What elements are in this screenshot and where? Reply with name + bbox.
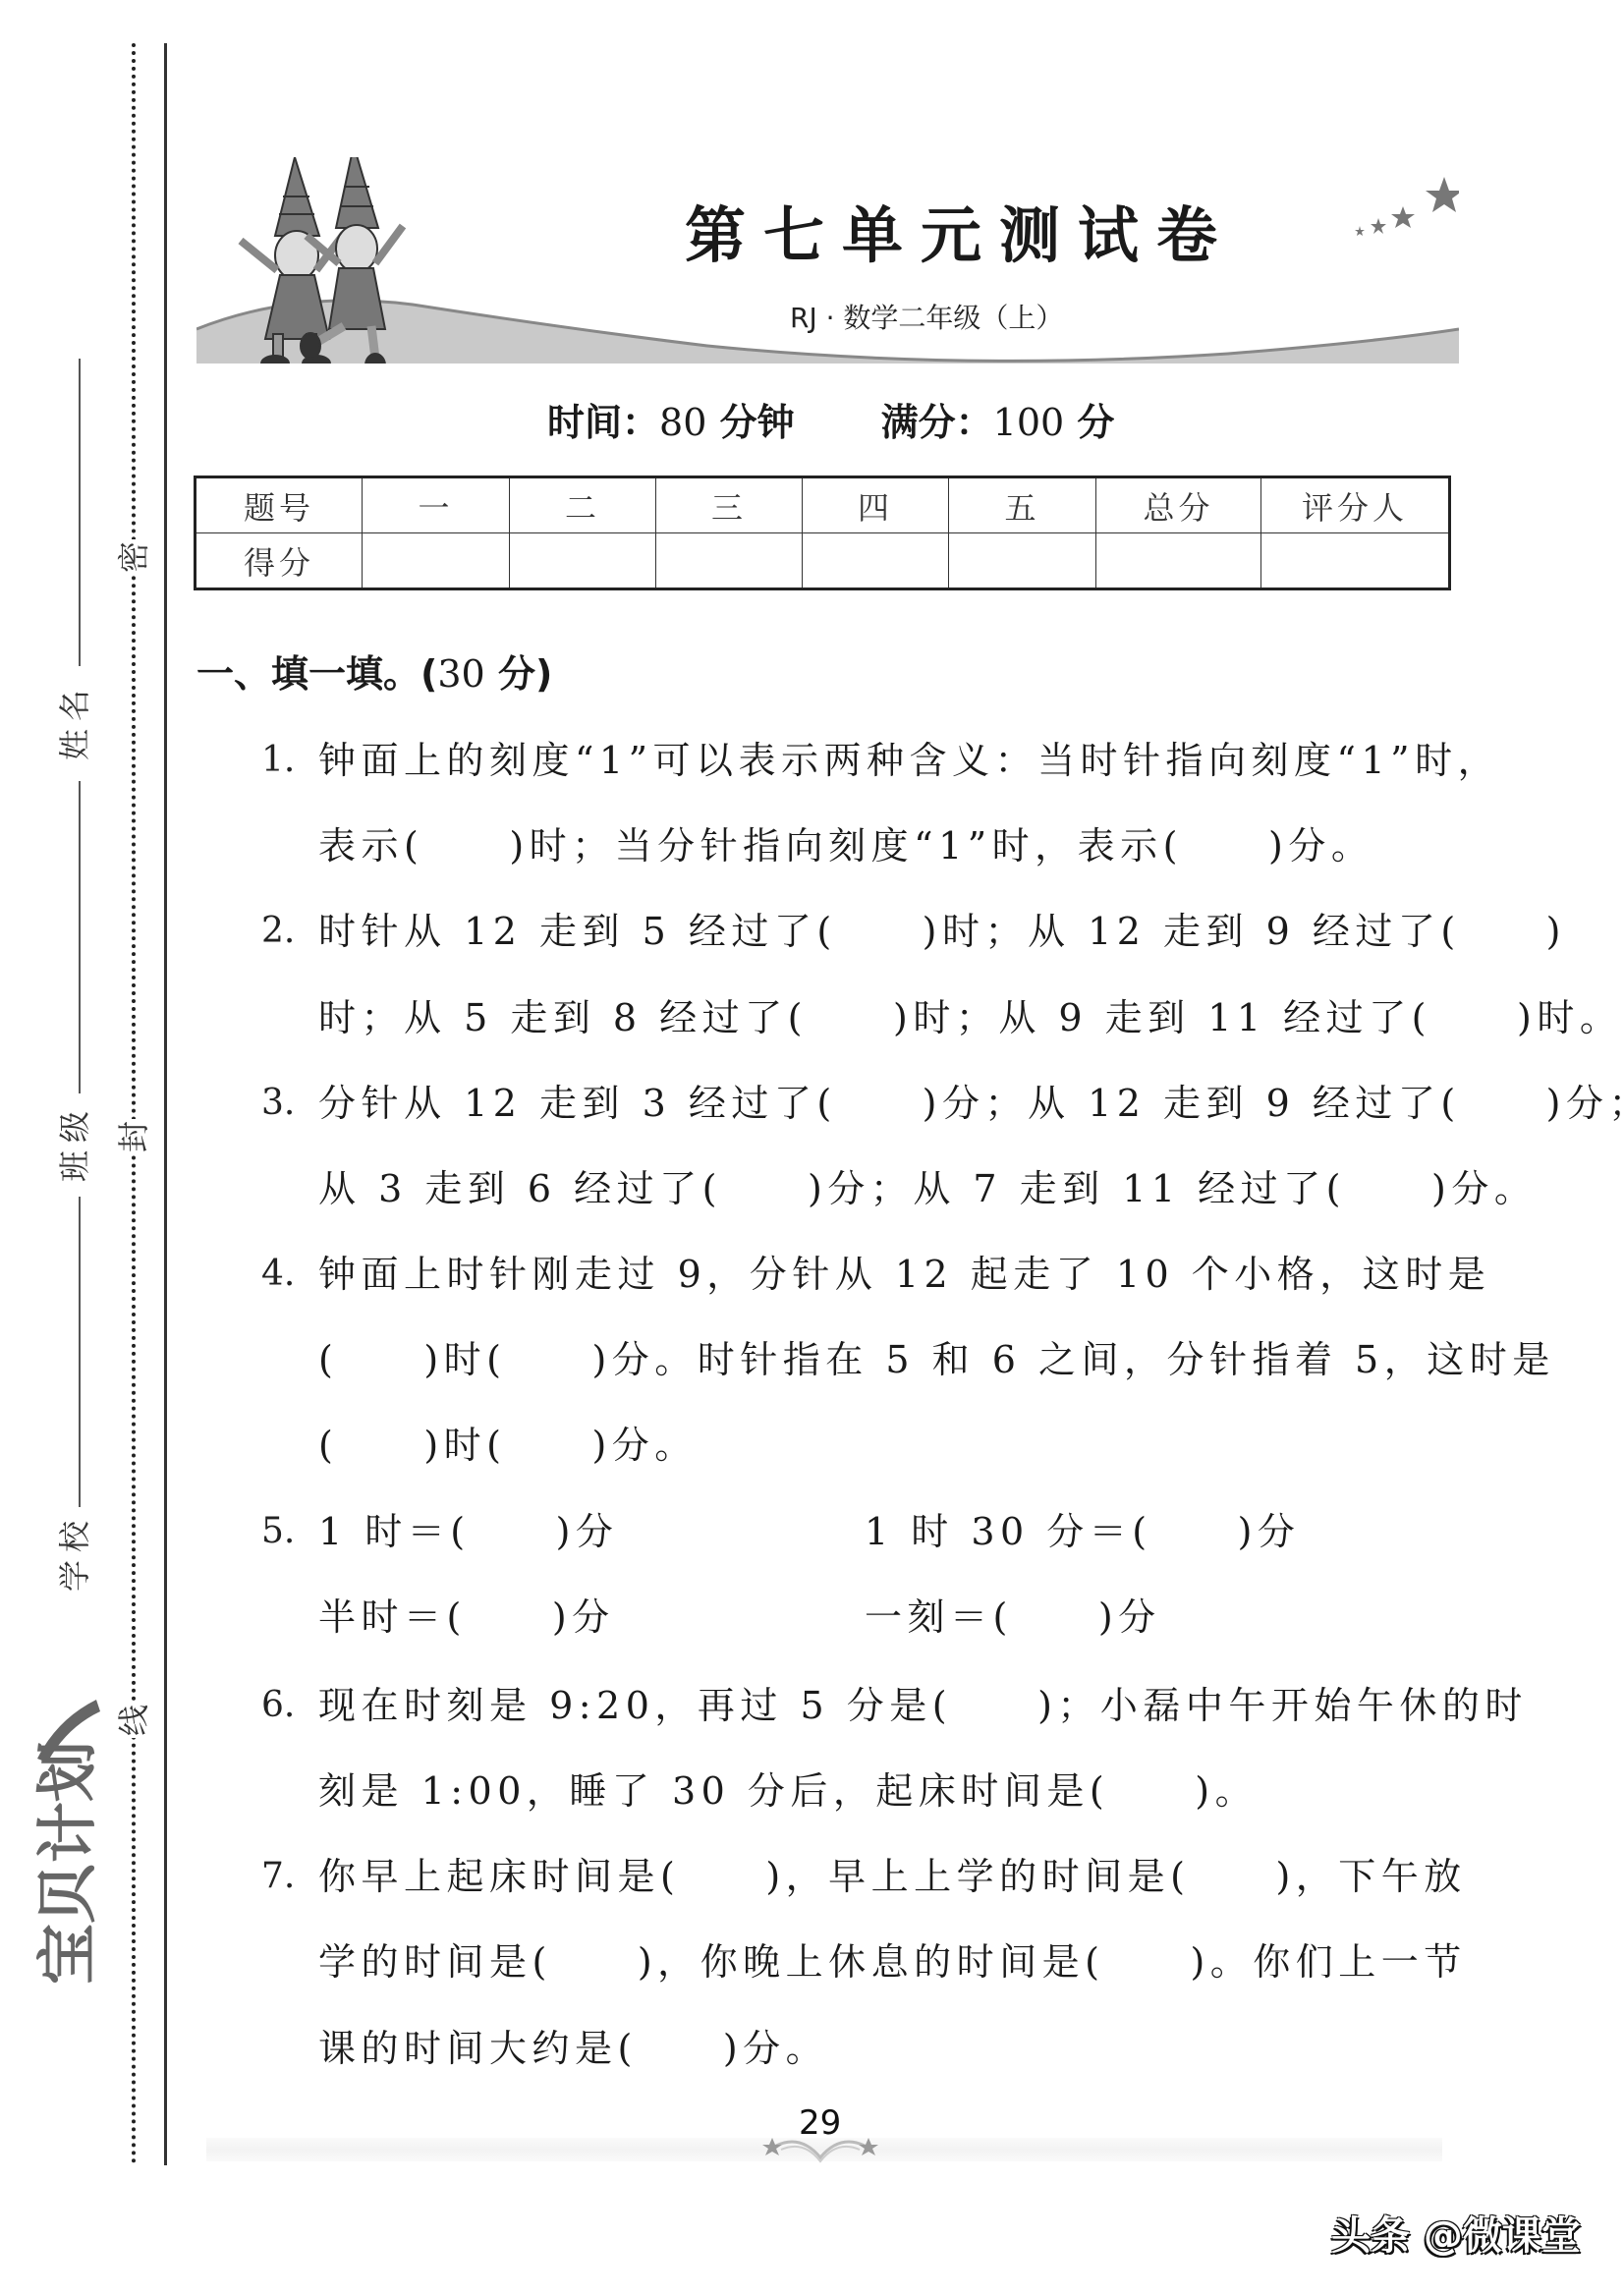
table-cell: 评分人 <box>1261 477 1450 533</box>
question-text: 分针从 12 走到 3 经过了( )分；从 12 走到 9 经过了( )分； <box>318 1078 1624 1129</box>
score-input-cell[interactable] <box>803 533 949 589</box>
question-text: 半时＝( )分 <box>318 1592 615 1643</box>
question-number: 6. <box>261 1680 295 1731</box>
score-input-cell[interactable] <box>510 533 656 589</box>
section-heading: 一、填一填。(30 分) <box>196 648 552 700</box>
name-field-label: 姓名 <box>55 682 94 760</box>
question-number: 7. <box>261 1851 295 1902</box>
class-field-line[interactable] <box>79 781 81 1093</box>
seal-char-mi: 密 <box>112 539 155 575</box>
time-unit: 分钟 <box>720 401 795 444</box>
name-field-line[interactable] <box>79 359 81 666</box>
table-cell: 四 <box>803 477 949 533</box>
question-text: 时针从 12 走到 5 经过了( )时；从 12 走到 9 经过了( ) <box>318 906 1566 957</box>
question-text: 从 3 走到 6 经过了( )分；从 7 走到 11 经过了( )分。 <box>318 1163 1537 1214</box>
school-field-line[interactable] <box>79 1197 81 1507</box>
score-input-cell[interactable] <box>363 533 510 589</box>
question-text: 刻是 1:00，睡了 30 分后，起床时间是( )。 <box>318 1765 1258 1817</box>
logo-text: 宝贝计划 <box>31 1741 103 1985</box>
table-cell: 题号 <box>196 477 363 533</box>
question-text: 1 时＝( )分 <box>318 1506 618 1557</box>
score-unit: 分 <box>1077 401 1114 444</box>
question-text: 1 时 30 分＝( )分 <box>865 1506 1300 1557</box>
table-cell: 一 <box>363 477 510 533</box>
page-title: 第七单元测试卷 <box>685 200 1215 271</box>
score-input-cell[interactable] <box>656 533 803 589</box>
exam-meta: 时间：80 分钟满分：100 分 <box>547 397 1114 448</box>
table-cell: 得分 <box>196 533 363 589</box>
publisher-logo: 宝贝计划 <box>28 1690 106 1985</box>
page-subtitle: RJ · 数学二年级（上） <box>790 301 1063 336</box>
question-number: 3. <box>261 1078 295 1129</box>
class-field-label: 班级 <box>55 1103 94 1182</box>
table-cell: 三 <box>656 477 803 533</box>
question-text: 钟面上时针刚走过 9，分针从 12 起走了 10 个小格，这时是 <box>318 1249 1490 1300</box>
book-star-ornament-icon <box>756 2132 884 2165</box>
margin-solid-line <box>164 43 167 2165</box>
time-label: 时间： <box>547 401 659 444</box>
score-label: 满分： <box>881 401 993 444</box>
stars-decoration <box>1355 177 1459 236</box>
question-text: 时；从 5 走到 8 经过了( )时；从 9 走到 11 经过了( )时。 <box>318 992 1622 1043</box>
score-table-score-row: 得分 <box>196 533 1450 589</box>
question-text: 课的时间大约是( )分。 <box>318 2023 828 2074</box>
question-number: 4. <box>261 1249 295 1300</box>
seal-dotted-line <box>132 43 136 2165</box>
question-text: 学的时间是( )，你晚上休息的时间是( )。你们上一节 <box>318 1936 1467 1987</box>
score-input-cell[interactable] <box>1261 533 1450 589</box>
seal-char-xian: 线 <box>112 1703 155 1738</box>
score-table-header-row: 题号 一 二 三 四 五 总分 评分人 <box>196 477 1450 533</box>
question-text: ( )时( )分。 <box>318 1420 698 1471</box>
question-text: 表示( )时；当分针指向刻度“1”时，表示( )分。 <box>318 820 1373 871</box>
question-number: 5. <box>261 1506 295 1557</box>
question-number: 1. <box>261 735 295 786</box>
question-number: 2. <box>261 906 295 957</box>
table-cell: 总分 <box>1096 477 1261 533</box>
school-field-label: 学校 <box>55 1513 94 1592</box>
score-table: 题号 一 二 三 四 五 总分 评分人 得分 <box>194 476 1451 590</box>
seal-char-feng: 封 <box>112 1119 155 1154</box>
table-cell: 二 <box>510 477 656 533</box>
watermark: 头条 @微课堂 <box>1331 2212 1581 2260</box>
question-text: 现在时刻是 9:20，再过 5 分是( )；小磊中午开始午休的时 <box>318 1680 1528 1731</box>
score-input-cell[interactable] <box>1096 533 1261 589</box>
score-value: 100 <box>993 401 1065 444</box>
score-input-cell[interactable] <box>949 533 1096 589</box>
question-text: 你早上起床时间是( )，早上上学的时间是( )，下午放 <box>318 1851 1467 1902</box>
time-value: 80 <box>659 401 706 444</box>
question-text: ( )时( )分。时针指在 5 和 6 之间，分针指着 5，这时是 <box>318 1334 1555 1385</box>
question-text: 一刻＝( )分 <box>865 1592 1161 1643</box>
question-text: 钟面上的刻度“1”可以表示两种含义：当时针指向刻度“1”时， <box>318 735 1500 786</box>
table-cell: 五 <box>949 477 1096 533</box>
